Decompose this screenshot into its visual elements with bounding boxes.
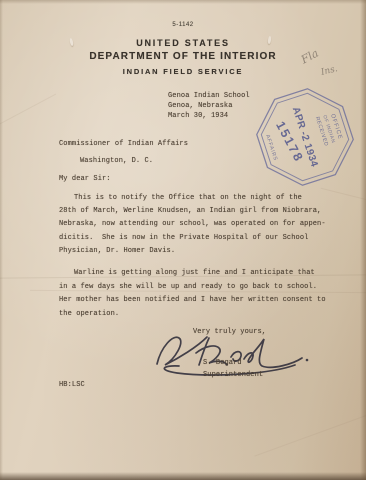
dateline-school: Genoa Indian School — [168, 91, 250, 101]
paper-crease — [254, 404, 366, 456]
paper-crease — [321, 188, 366, 203]
received-stamp: OFFICE OF INDIAN RECEIVED APR -2 1934 15… — [245, 77, 366, 198]
body-line: Physician, Dr. Homer Davis. — [59, 246, 175, 256]
scanned-letter-page: 5-1142 UNITED STATES DEPARTMENT OF THE I… — [0, 0, 366, 480]
signature-period — [306, 359, 309, 362]
body-line: Warline is getting along just fine and I… — [74, 268, 315, 278]
dateline-date: March 30, 1934 — [168, 111, 228, 121]
body-line: This is to notify the Office that on the… — [74, 193, 302, 203]
signed-title: Superintendent — [203, 370, 263, 380]
letterhead-service: INDIAN FIELD SERVICE — [0, 67, 366, 76]
letterhead-form-number: 5-1142 — [0, 22, 366, 28]
body-line: 28th of March, Werline Knudsen, an India… — [59, 206, 321, 216]
body-line: in a few days she will be up and ready t… — [59, 282, 317, 292]
reference-initials: HB:LSC — [59, 380, 85, 390]
recipient-address: Washington, D. C. — [80, 156, 153, 166]
handwritten-annotation-word1: Fla — [299, 47, 321, 67]
stamp-line-affairs: AFFAIRS — [264, 134, 278, 162]
body-line: Nebraska, now attending our school, was … — [59, 219, 326, 229]
letterhead-united-states: UNITED STATES — [0, 38, 366, 48]
recipient-name: Commissioner of Indian Affairs — [59, 139, 188, 149]
signed-name: S. Bogard — [203, 358, 242, 368]
dateline-city: Genoa, Nebraska — [168, 101, 233, 111]
body-line: dicitis. She is now in the Private Hospi… — [59, 233, 308, 243]
body-line: the operation. — [59, 309, 119, 319]
salutation: My dear Sir: — [59, 174, 111, 184]
paper-crease — [0, 94, 56, 128]
page-edge-shadow-top — [0, 0, 366, 4]
body-line: Her mother has been notified and I have … — [59, 295, 326, 305]
page-edge-shadow-bottom — [0, 472, 366, 480]
